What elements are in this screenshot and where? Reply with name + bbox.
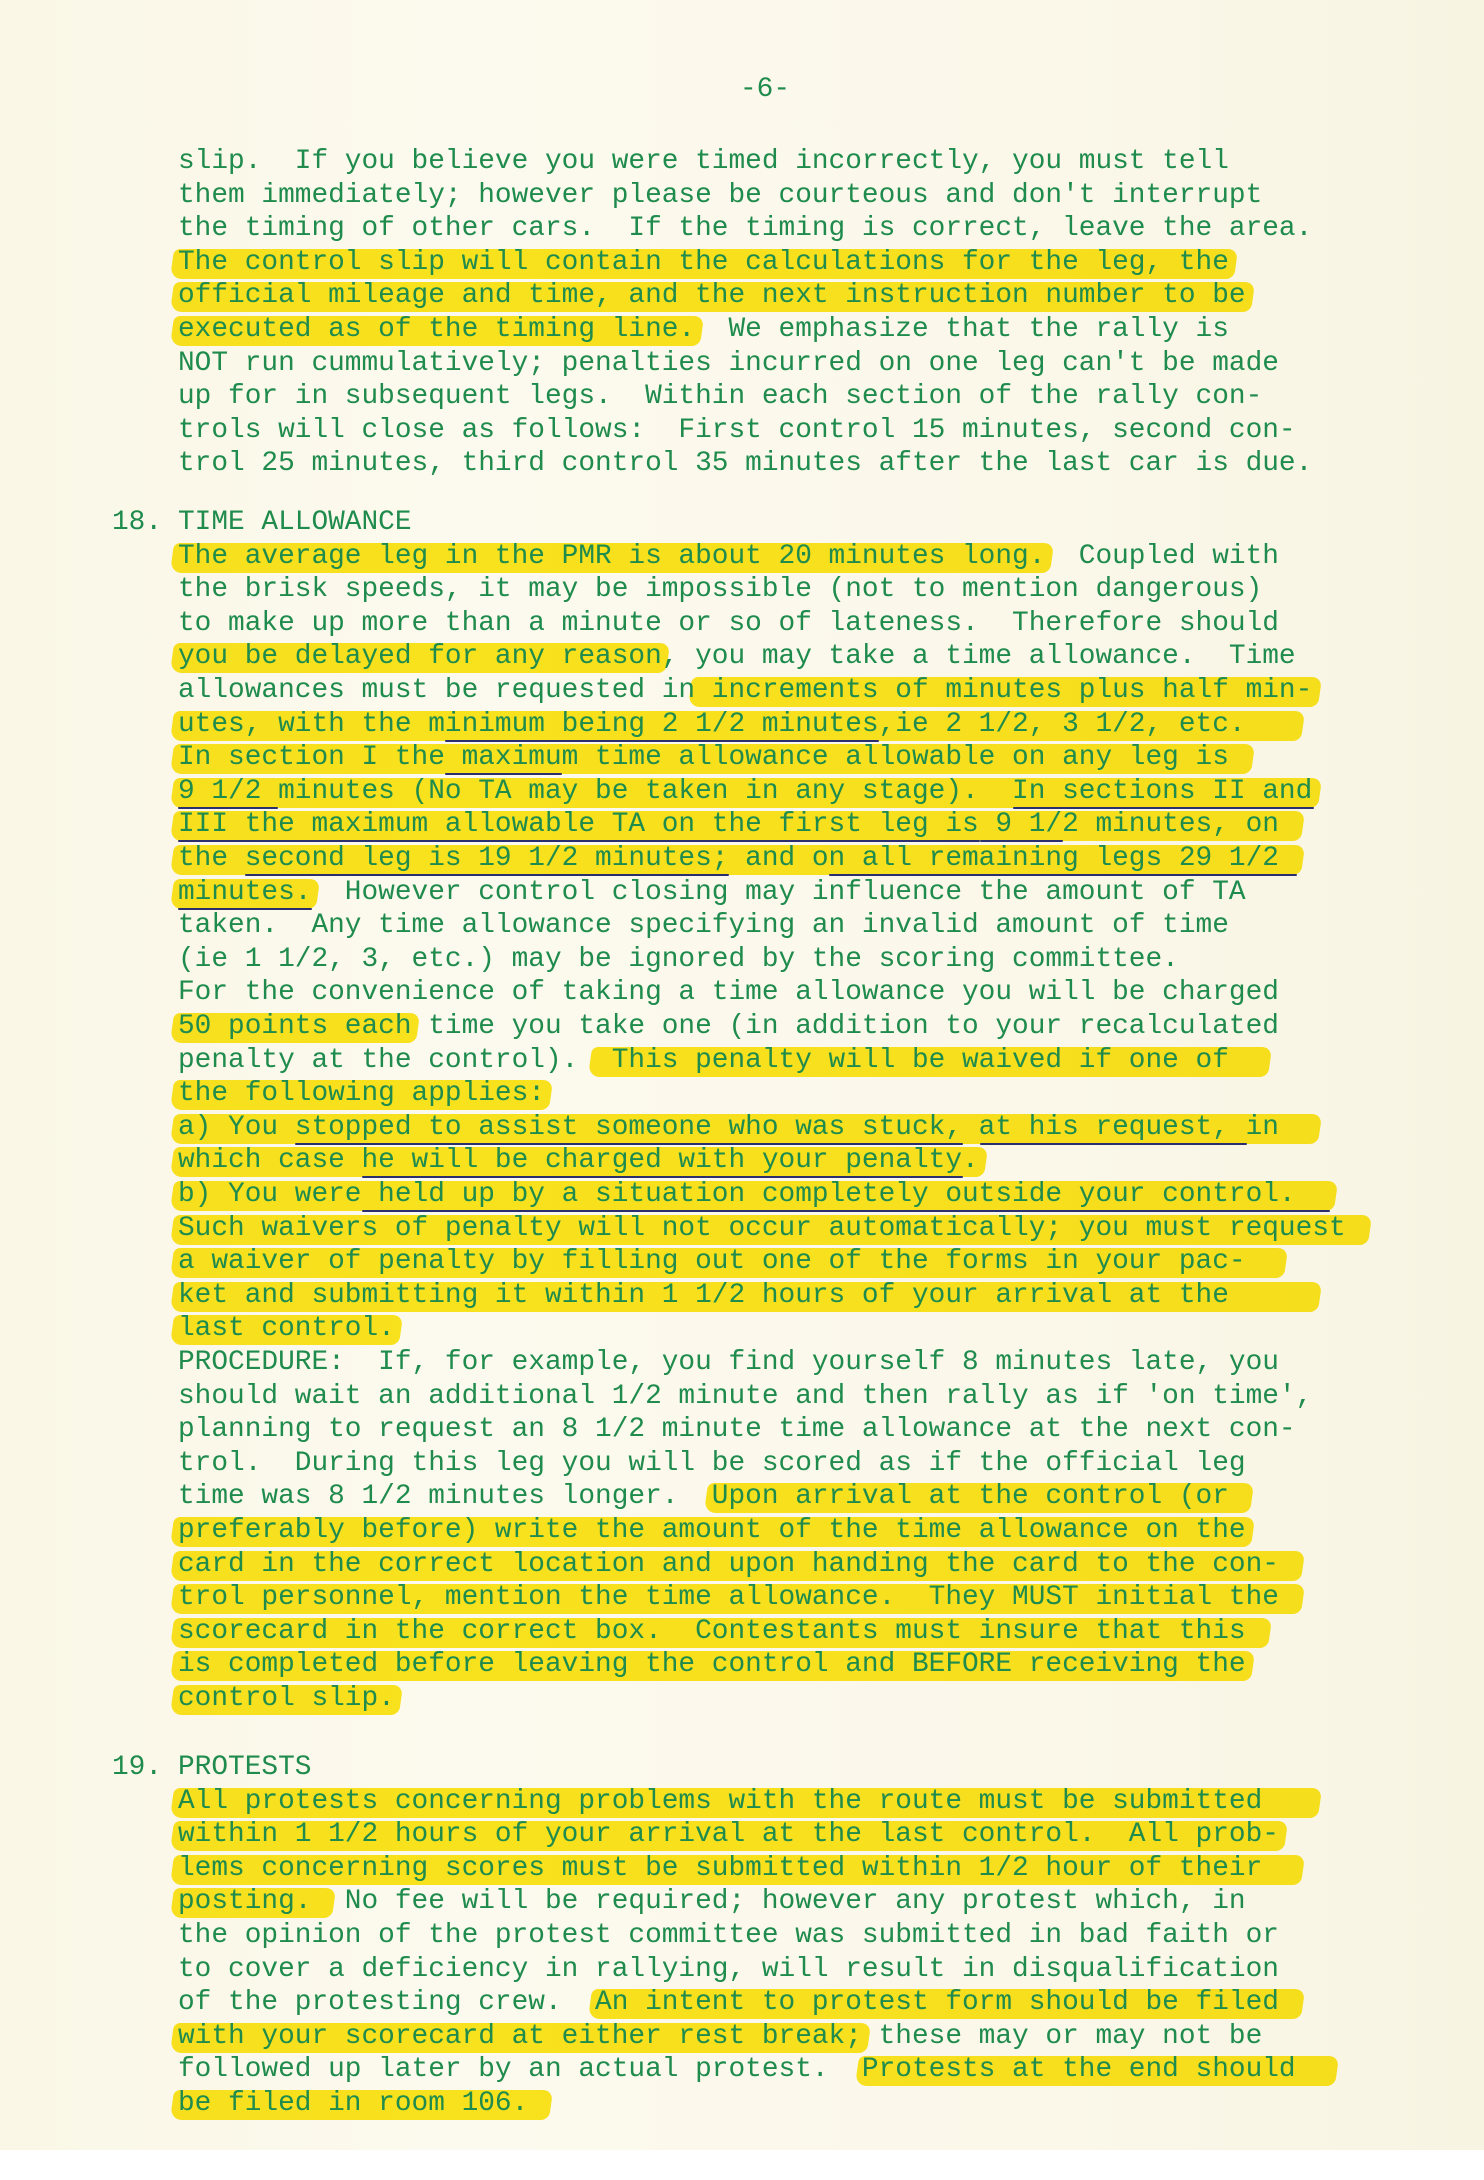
- section-heading: TIME ALLOWANCE: [178, 506, 412, 540]
- pen-underline: [178, 908, 312, 910]
- text-line: a) You stopped to assist someone who was…: [178, 1111, 1279, 1145]
- section-heading: PROTESTS: [178, 1751, 311, 1785]
- text-line: up for in subsequent legs. Within each s…: [178, 380, 1262, 414]
- text-line: you be delayed for any reason, you may t…: [178, 640, 1296, 674]
- text-line: b) You were held up by a situation compl…: [178, 1178, 1296, 1212]
- text-line: utes, with the minimum being 2 1/2 minut…: [178, 708, 1246, 742]
- text-line: the opinion of the protest committee was…: [178, 1919, 1279, 1953]
- pen-underline: [445, 773, 562, 775]
- text-line: be filed in room 106.: [178, 2087, 528, 2121]
- pen-underline: [1013, 807, 1314, 809]
- pen-underline: [362, 1210, 1331, 1212]
- text-line: the brisk speeds, it may be impossible (…: [178, 573, 1262, 607]
- text-line: to make up more than a minute or so of l…: [178, 607, 1279, 641]
- text-line: (ie 1 1/2, 3, etc.) may be ignored by th…: [178, 943, 1179, 977]
- text-line: allowances must be requested in incremen…: [178, 674, 1312, 708]
- pen-underline: [178, 807, 278, 809]
- text-line: the second leg is 19 1/2 minutes; and on…: [178, 842, 1279, 876]
- text-line: which case he will be charged with your …: [178, 1144, 979, 1178]
- pen-underline: [980, 1143, 1247, 1145]
- text-line: ket and submitting it within 1 1/2 hours…: [178, 1279, 1229, 1313]
- text-line: posting. No fee will be required; howeve…: [178, 1885, 1246, 1919]
- section-number: 18.: [112, 506, 162, 540]
- text-line: Such waivers of penalty will not occur a…: [178, 1212, 1346, 1246]
- text-line: NOT run cummulatively; penalties incurre…: [178, 347, 1279, 381]
- text-line: time was 8 1/2 minutes longer. Upon arri…: [178, 1480, 1229, 1514]
- text-line: within 1 1/2 hours of your arrival at th…: [178, 1818, 1279, 1852]
- text-line: penalty at the control). This penalty wi…: [178, 1044, 1229, 1078]
- text-line: slip. If you believe you were timed inco…: [178, 145, 1229, 179]
- text-line: is completed before leaving the control …: [178, 1648, 1246, 1682]
- text-line: them immediately; however please be cour…: [178, 179, 1262, 213]
- pen-underline: [445, 740, 879, 742]
- text-line: trol. During this leg you will be scored…: [178, 1447, 1246, 1481]
- text-line: 50 points each time you take one (in add…: [178, 1010, 1279, 1044]
- document-page: -6- slip. If you believe you were timed …: [0, 0, 1484, 2150]
- text-line: preferably before) write the amount of t…: [178, 1514, 1246, 1548]
- text-line: card in the correct location and upon ha…: [178, 1548, 1279, 1582]
- text-line: executed as of the timing line. We empha…: [178, 313, 1229, 347]
- pen-underline: [829, 874, 1297, 876]
- section-number: 19.: [112, 1751, 162, 1785]
- text-line: PROCEDURE: If, for example, you find you…: [178, 1346, 1279, 1380]
- text-line: official mileage and time, and the next …: [178, 279, 1246, 313]
- text-line: All protests concerning problems with th…: [178, 1785, 1262, 1819]
- text-line: lems concerning scores must be submitted…: [178, 1852, 1262, 1886]
- text-line: In section I the maximum time allowance …: [178, 741, 1229, 775]
- text-line: trol 25 minutes, third control 35 minute…: [178, 447, 1312, 481]
- text-line: III the maximum allowable TA on the firs…: [178, 808, 1279, 842]
- text-line: should wait an additional 1/2 minute and…: [178, 1380, 1312, 1414]
- text-line: For the convenience of taking a time all…: [178, 976, 1279, 1010]
- page-number: -6-: [740, 74, 790, 105]
- text-line: 9 1/2 minutes (No TA may be taken in any…: [178, 775, 1312, 809]
- text-line: followed up later by an actual protest. …: [178, 2053, 1296, 2087]
- text-line: taken. Any time allowance specifying an …: [178, 909, 1229, 943]
- text-line: trols will close as follows: First contr…: [178, 414, 1296, 448]
- text-line: the timing of other cars. If the timing …: [178, 212, 1312, 246]
- text-line: The average leg in the PMR is about 20 m…: [178, 540, 1279, 574]
- text-line: planning to request an 8 1/2 minute time…: [178, 1413, 1296, 1447]
- pen-underline: [245, 874, 729, 876]
- text-line: the following applies:: [178, 1077, 545, 1111]
- pen-underline: [295, 1143, 963, 1145]
- text-line: The control slip will contain the calcul…: [178, 246, 1229, 280]
- text-line: minutes. However control closing may inf…: [178, 876, 1246, 910]
- text-line: to cover a deficiency in rallying, will …: [178, 1953, 1279, 1987]
- text-line: of the protesting crew. An intent to pro…: [178, 1986, 1279, 2020]
- text-line: control slip.: [178, 1682, 395, 1716]
- text-line: last control.: [178, 1312, 395, 1346]
- text-line: scorecard in the correct box. Contestant…: [178, 1615, 1246, 1649]
- text-line: trol personnel, mention the time allowan…: [178, 1581, 1279, 1615]
- text-line: a waiver of penalty by filling out one o…: [178, 1245, 1246, 1279]
- text-line: with your scorecard at either rest break…: [178, 2020, 1262, 2054]
